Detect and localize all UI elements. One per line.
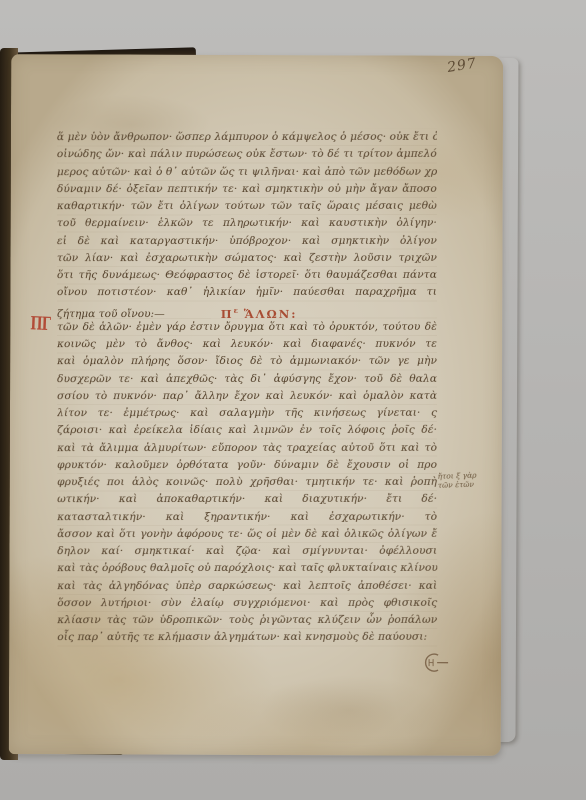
text-line: ἄσσον καὶ ὅτι γονὴν ἀφόρους τε· ὥς οἱ μὲ… — [57, 526, 437, 544]
stain-smudge — [259, 675, 439, 746]
chapter-heading-line: ζήτημα τοῦ οἴνου:— Πε ἍΛΩΝ: — [57, 301, 437, 319]
page-number: 297 — [446, 56, 478, 76]
text-line: καὶ ὁμαλὸν πλήρης ὅσον· ἴδιος δὲ τὸ ἀμμω… — [57, 353, 437, 371]
margin-note: ἤτοι ξ γὰρ τῶν ἐτῶν — [437, 470, 508, 490]
text-line: καὶ τὰ ἄλιμμα ἁλμυρίτων· εὔπορον τὰς τρα… — [57, 439, 437, 457]
text-line: οἴνου ποτιστέον· καθ᾽ ἡλικίαν ἡμῖν· παύε… — [57, 284, 437, 302]
text-line: καὶ τὰς ἀλγηδόνας ὑπὲρ σαρκώσεως· καὶ λε… — [57, 577, 437, 595]
text-line: κατασταλτικήν· καὶ ξηραντικήν· καὶ ἐσχαρ… — [57, 508, 437, 526]
text-line: κοινῶς μὲν τὸ ἄνθος· καὶ λευκόν· καὶ δια… — [57, 336, 437, 354]
text-line: δύναμιν δέ· ὀξεῖαν πεπτικήν τε· καὶ σμηκ… — [57, 181, 437, 199]
text-line: φρυξιές ποι ἁλὸς κοινῶς· πολὺ χρῆσθαι· τ… — [57, 474, 437, 492]
rubric-superscript: ε — [234, 305, 238, 314]
text-line: τοῦ θερμαίνειν· ἑλκῶν τε πληρωτικήν· καὶ… — [57, 215, 437, 233]
parchment-page: 297 ΠΓ ἤτοι ξ γὰρ τῶν ἐτῶν ἅ μὲν ὑὸν ἄνθ… — [9, 54, 503, 756]
text-line: ὅτι τῆς δυνάμεως· Θεόφραστος δὲ ἱστορεῖ·… — [57, 267, 437, 285]
text-line: εἰ δὲ καὶ καταργαστικήν· ὑπόβροχον· καὶ … — [57, 232, 437, 250]
text-line: κλίασιν τὰς τῶν ὑδροπικῶν· τοὺς ῥιγῶντας… — [57, 612, 437, 630]
text-line: καὶ τὰς ὀρόβους θαλμοῖς οὐ παρόχλοις· κα… — [57, 560, 437, 578]
text-line: καθαρτικήν· τῶν ἔτι ὀλίγων τούτων τῶν τα… — [57, 198, 437, 216]
text-line: ἅ μὲν ὑὸν ἄνθρωπον· ὥσπερ λάμπυρον ὁ κάμ… — [57, 129, 437, 147]
text-line: ωτικήν· καὶ ἀποκαθαρτικήν· καὶ διαχυτική… — [57, 491, 437, 509]
text-line: μερος αὐτῶν· καὶ ὁ θ᾽ αὐτῶν ὥς τι ψιλῆνα… — [57, 163, 437, 181]
text-line: λίτον τε· ἐμμέτρως· καὶ σαλαγμὴν τῆς κιν… — [57, 405, 437, 423]
text-line: δηλον καί· σμηκτικαί· καὶ ζῷα· καὶ σμίγν… — [57, 543, 437, 561]
text-block: ἅ μὲν ὑὸν ἄνθρωπον· ὥσπερ λάμπυρον ὁ κάμ… — [57, 129, 437, 647]
text-line: φρυκτόν· καλοῦμεν ὀρθότατα γοῦν· δύναμιν… — [57, 457, 437, 475]
text-line: ζάροισι· καὶ ἐρείκελα ἰδίαις καὶ λιμνῶν … — [57, 422, 437, 440]
text-line: σσίου τὸ πυκνόν· παρ᾽ ἄλλην ἔχον καὶ λευ… — [57, 388, 437, 406]
text-line: τῶν δὲ ἁλῶν· ἐμὲν γάρ ἐστιν ὄρυγμα ὅτι κ… — [57, 319, 437, 337]
text-line: οἷς παρ᾽ αὐτῆς τε κλήμασιν ἀλγημάτων· κα… — [57, 629, 437, 647]
manuscript-photo: 297 ΠΓ ἤτοι ξ γὰρ τῶν ἐτῶν ἅ μὲν ὑὸν ἄνθ… — [0, 0, 586, 800]
library-stamp-icon — [417, 650, 451, 680]
text-line: οἰνώδης ὤν· καὶ πάλιν πυρώσεως οὐκ ἔστων… — [57, 146, 437, 164]
text-line: τῶν λίαν· καὶ ἐσχαρωτικὴν σώματος· καὶ ζ… — [57, 250, 437, 268]
text-line: ὅσσον λυτήριοι· σὺν ἐλαίῳ συγχριόμενοι· … — [57, 595, 437, 613]
text-line: δυσχερῶν τε· καὶ ἀπεχθῶς· τὰς δι᾽ ἀφύσγη… — [57, 370, 437, 388]
margin-note-line: τῶν ἐτῶν — [438, 479, 508, 490]
margin-chapter-mark: ΠΓ — [30, 314, 50, 336]
